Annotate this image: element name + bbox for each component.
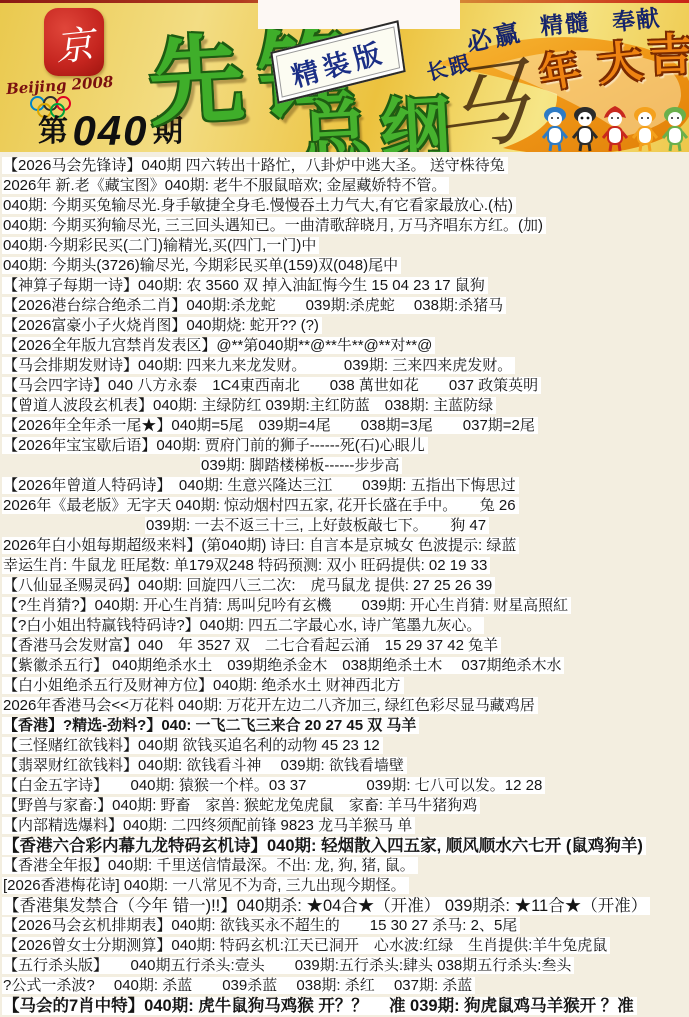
text-line-content: 【白金五字诗】 040期: 猿猴一个样。03 37 039期: 七八可以发。12… xyxy=(2,777,545,794)
text-line-content: 【2026马会先锋诗】040期 四六转出十路忙，八卦炉中逃大圣。 送守株待兔 xyxy=(2,157,508,174)
text-line-content: 【香港全年报】040期: 千里送信情最深。不出: 龙, 狗, 猪, 鼠。 xyxy=(2,857,418,874)
text-line-12: 【马会四字诗】040 八方永泰 1C4東西南北 038 萬世如花 037 政策英… xyxy=(0,376,689,396)
text-line-10: 【2026全年版九宫禁肖发表区】@**第040期**@**牛**@**对**@ xyxy=(0,336,689,356)
text-line-content: 【2026港台综合绝杀二肖】040期:杀龙蛇 039期:杀虎蛇 038期:杀猪马 xyxy=(2,297,506,314)
greeting-char-2: 大 xyxy=(596,40,644,88)
text-line-35: 【香港六合彩内幕九龙特码玄机诗】040期: 轻烟散入四五家, 顺风顺水六七开 (… xyxy=(0,836,689,856)
text-line-content: 【香港六合彩内幕九龙特码玄机诗】040期: 轻烟散入四五家, 顺风顺水六七开 (… xyxy=(2,837,646,855)
text-line-22: 【八仙显圣赐灵码】040期: 回旋四八三二次: 虎马鼠龙 提供: 27 25 2… xyxy=(0,576,689,596)
text-line-content: 【香港马会发财富】040 年 3527 双 二七合看起云涌 15 29 37 4… xyxy=(2,637,501,654)
text-line-content: ?公式一杀波? 040期: 杀蓝 039杀蓝 038期: 杀红 037期: 杀蓝 xyxy=(2,977,475,994)
text-line-content: 【五行杀头版】 040期五行杀头:壹头 039期:五行杀头:肆头 038期五行杀… xyxy=(2,957,574,974)
calligraphy-zodiac-char: 马 xyxy=(435,55,529,152)
text-line-21: 幸运生肖: 牛鼠龙 旺尾数: 单179双248 特码预测: 双小 旺码提供: 0… xyxy=(0,556,689,576)
text-line-content: 【内部精选爆料】040期: 二四终须配前锋 9823 龙马羊猴马 单 xyxy=(2,817,415,834)
text-line-content: 【香港】?精选-劲料?】040: 一飞二飞三来合 20 27 45 双 马羊 xyxy=(2,717,419,734)
text-line-40: 【2026曾女士分期测算】040期: 特码玄机:江天已洞开 心水波:红绿 生肖提… xyxy=(0,936,689,956)
greeting-char-3: 吉 xyxy=(647,33,689,79)
text-line-24: 【?白小姐出特赢钱特码诗?】040期: 四五二字最心水, 诗广笔墨九灰心。 xyxy=(0,616,689,636)
text-line-content: 039期: 一去不返三十三, 上好鼓板敲七下。 狗 47 xyxy=(145,517,489,534)
text-line-content: 【?白小姐出特赢钱特码诗?】040期: 四五二字最心水, 诗广笔墨九灰心。 xyxy=(2,617,484,634)
text-line-content: 【野兽与家畜:】040期: 野畜 家兽: 猴蛇龙兔虎鼠 家畜: 羊马牛猪狗鸡 xyxy=(2,797,480,814)
text-line-29: 【香港】?精选-劲料?】040: 一飞二飞三来合 20 27 45 双 马羊 xyxy=(0,716,689,736)
text-line-25: 【香港马会发财富】040 年 3527 双 二七合看起云涌 15 29 37 4… xyxy=(0,636,689,656)
text-line-16: 039期: 脚踏楼梯板------步步高 xyxy=(0,456,689,476)
text-line-content: 040期: 今期头(3726)输尽光, 今期彩民买单(159)双(048)尾中 xyxy=(2,257,401,274)
text-line-content: 【2026马会玄机排期表】040期: 欲钱买永不超生的 15 30 27 杀马:… xyxy=(2,917,520,934)
text-line-28: 2026年香港马会<<万花料 040期: 万花开左边二八齐加三, 绿红色彩尽显马… xyxy=(0,696,689,716)
text-line-content: 【?生肖猜?】040期: 开心生肖猜: 馬叫兒吟有玄機 039期: 开心生肖猜:… xyxy=(2,597,571,614)
text-line-content: 【三怪赌红欲钱料】040期 欲钱买追名利的动物 45 23 12 xyxy=(2,737,383,754)
text-line-36: 【香港全年报】040期: 千里送信情最深。不出: 龙, 狗, 猪, 鼠。 xyxy=(0,856,689,876)
text-line-11: 【马会排期发财诗】040期: 四来九来龙发财。 039期: 三来四来虎发财。 xyxy=(0,356,689,376)
text-line-39: 【2026马会玄机排期表】040期: 欲钱买永不超生的 15 30 27 杀马:… xyxy=(0,916,689,936)
beijing-2008-emblem-icon: 京 xyxy=(44,8,104,76)
fuwa-mascot-blue-icon xyxy=(542,106,568,152)
beijing-2008-label: Beijing 2008 xyxy=(6,72,127,98)
text-line-content: 【马会四字诗】040 八方永泰 1C4東西南北 038 萬世如花 037 政策英… xyxy=(2,377,541,394)
text-line-30: 【三怪赌红欲钱料】040期 欲钱买追名利的动物 45 23 12 xyxy=(0,736,689,756)
text-line-15: 【2026年宝宝歇后语】040期: 贾府门前的狮子------死(石)心眼儿 xyxy=(0,436,689,456)
text-line-3: 040期: 今期买兔输尽光.身手敏捷全身毛.慢慢吞土力气大,有它看家最放心.(枯… xyxy=(0,196,689,216)
blank-patch xyxy=(258,0,460,29)
text-line-content: 2026年香港马会<<万花料 040期: 万花开左边二八齐加三, 绿红色彩尽显马… xyxy=(2,697,538,714)
text-line-14: 【2026年全年杀一尾★】040期=5尾 039期=4尾 038期=3尾 037… xyxy=(0,416,689,436)
text-line-content: 040期: 今期买兔输尽光.身手敏捷全身毛.慢慢吞土力气大,有它看家最放心.(枯… xyxy=(2,197,516,214)
text-line-content: 【曾道人波段玄机表】040期: 主绿防红 039期:主红防蓝 038期: 主蓝防… xyxy=(2,397,496,414)
text-line-17: 【2026年曾道人特码诗】 040期: 生意兴隆达三江 039期: 五指出下悔思… xyxy=(0,476,689,496)
text-line-38: 【香港集发禁合（今年 错一)!!】040期杀: ★04合★（开准） 039期杀:… xyxy=(0,896,689,916)
text-line-content: 【2026年曾道人特码诗】 040期: 生意兴隆达三江 039期: 五指出下悔思… xyxy=(2,477,519,494)
text-line-content: 2026年白小姐每期超级来料】(第040期) 诗曰: 自言本是京城女 色波提示:… xyxy=(2,537,519,554)
text-line-20: 2026年白小姐每期超级来料】(第040期) 诗曰: 自言本是京城女 色波提示:… xyxy=(0,536,689,556)
text-line-2: 2026年 新.老《藏宝图》040期: 老牛不服鼠暗欢; 金屋藏娇特不管。 xyxy=(0,176,689,196)
text-line-content: 040期·今期彩民买(二门)输精光,买(四门,一门)中 xyxy=(2,237,319,254)
greeting-char-1: 年 xyxy=(537,49,583,95)
text-line-content: 【香港集发禁合（今年 错一)!!】040期杀: ★04合★（开准） 039期杀:… xyxy=(2,897,650,915)
fuwa-mascot-green-icon xyxy=(662,106,688,152)
text-line-18: 2026年《最老版》无字天 040期: 惊动烟村四五家, 花开长盛在手中。 兔 … xyxy=(0,496,689,516)
text-line-7: 【神算子每期一诗】040期: 农 3560 双 掉入油缸悔今生 15 04 23… xyxy=(0,276,689,296)
text-line-42: ?公式一杀波? 040期: 杀蓝 039杀蓝 038期: 杀红 037期: 杀蓝 xyxy=(0,976,689,996)
text-line-content: 【紫徽杀五行】 040期绝杀水土 039期绝杀金木 038期绝杀土木 037期绝… xyxy=(2,657,564,674)
text-line-33: 【野兽与家畜:】040期: 野畜 家兽: 猴蛇龙兔虎鼠 家畜: 羊马牛猪狗鸡 xyxy=(0,796,689,816)
emblem-dancing-figure: 京 xyxy=(52,13,96,72)
text-line-43: 【马会的7肖中特】040期: 虎牛鼠狗马鸡猴 开？？ 准 039期: 狗虎鼠鸡马… xyxy=(0,996,689,1016)
text-line-19: 039期: 一去不返三十三, 上好鼓板敲七下。 狗 47 xyxy=(0,516,689,536)
text-line-9: 【2026富豪小子火烧肖图】040期烧: 蛇开?? (?) xyxy=(0,316,689,336)
text-line-content: 040期: 今期买狗输尽光, 三三回头遇知已。一曲清歌辞晓月, 万马齐唱东方红。… xyxy=(2,217,546,234)
text-line-4: 040期: 今期买狗输尽光, 三三回头遇知已。一曲清歌辞晓月, 万马齐唱东方红。… xyxy=(0,216,689,236)
text-line-content: 2026年《最老版》无字天 040期: 惊动烟村四五家, 花开长盛在手中。 兔 … xyxy=(2,497,519,514)
fuwa-mascots-row xyxy=(542,106,688,152)
text-line-34: 【内部精选爆料】040期: 二四终须配前锋 9823 龙马羊猴马 单 xyxy=(0,816,689,836)
slogan-essence: 精髓 xyxy=(538,3,591,41)
text-line-26: 【紫徽杀五行】 040期绝杀水土 039期绝杀金木 038期绝杀土木 037期绝… xyxy=(0,656,689,676)
text-line-5: 040期·今期彩民买(二门)输精光,买(四门,一门)中 xyxy=(0,236,689,256)
text-line-27: 【白小姐绝杀五行及财神方位】040期: 绝杀水土 财神西北方 xyxy=(0,676,689,696)
text-line-content: 【2026年宝宝歇后语】040期: 贾府门前的狮子------死(石)心眼儿 xyxy=(2,437,428,454)
text-line-content: 幸运生肖: 牛鼠龙 旺尾数: 单179双248 特码预测: 双小 旺码提供: 0… xyxy=(2,557,490,574)
fuwa-mascot-panda-icon xyxy=(572,106,598,152)
tips-text-body: 【2026马会先锋诗】040期 四六转出十路忙，八卦炉中逃大圣。 送守株待兔20… xyxy=(0,152,689,1017)
issue-number: 040 xyxy=(72,107,148,152)
text-line-content: 2026年 新.老《藏宝图》040期: 老牛不服鼠暗欢; 金屋藏娇特不管。 xyxy=(2,177,449,194)
text-line-32: 【白金五字诗】 040期: 猿猴一个样。03 37 039期: 七八可以发。12… xyxy=(0,776,689,796)
text-line-content: 【2026曾女士分期测算】040期: 特码玄机:江天已洞开 心水波:红绿 生肖提… xyxy=(2,937,610,954)
text-line-37: [2026香港梅花诗] 040期: 一八常见不为奇, 三九出现今期怪。 xyxy=(0,876,689,896)
fuwa-mascot-orange-icon xyxy=(632,106,658,152)
text-line-content: 【白小姐绝杀五行及财神方位】040期: 绝杀水土 财神西北方 xyxy=(2,677,404,694)
issue-prefix: 第 xyxy=(38,114,68,149)
text-line-1: 【2026马会先锋诗】040期 四六转出十路忙，八卦炉中逃大圣。 送守株待兔 xyxy=(0,156,689,176)
text-line-content: 【2026全年版九宫禁肖发表区】@**第040期**@**牛**@**对**@ xyxy=(2,337,435,354)
text-line-content: 【神算子每期一诗】040期: 农 3560 双 掉入油缸悔今生 15 04 23… xyxy=(2,277,488,294)
text-line-content: 【马会的7肖中特】040期: 虎牛鼠狗马鸡猴 开？？ 准 039期: 狗虎鼠鸡马… xyxy=(2,997,637,1015)
lottery-tip-sheet: 京 Beijing 2008 第 040 期 先锋 总纲 精装版 xyxy=(0,0,689,1017)
text-line-41: 【五行杀头版】 040期五行杀头:壹头 039期:五行杀头:肆头 038期五行杀… xyxy=(0,956,689,976)
fuwa-mascot-flame-icon xyxy=(602,106,628,152)
text-line-content: 【2026年全年杀一尾★】040期=5尾 039期=4尾 038期=3尾 037… xyxy=(2,417,538,434)
text-line-8: 【2026港台综合绝杀二肖】040期:杀龙蛇 039期:杀虎蛇 038期:杀猪马 xyxy=(0,296,689,316)
text-line-31: 【翡翠财红欲钱料】040期: 欲钱看斗神 039期: 欲钱看墙壁 xyxy=(0,756,689,776)
text-line-content: 【马会排期发财诗】040期: 四来九来龙发财。 039期: 三来四来虎发财。 xyxy=(2,357,515,374)
text-line-content: 【八仙显圣赐灵码】040期: 回旋四八三二次: 虎马鼠龙 提供: 27 25 2… xyxy=(2,577,495,594)
header-banner: 京 Beijing 2008 第 040 期 先锋 总纲 精装版 xyxy=(0,0,689,152)
text-line-content: [2026香港梅花诗] 040期: 一八常见不为奇, 三九出现今期怪。 xyxy=(2,877,409,894)
text-line-content: 039期: 脚踏楼梯板------步步高 xyxy=(200,457,402,474)
text-line-13: 【曾道人波段玄机表】040期: 主绿防红 039期:主红防蓝 038期: 主蓝防… xyxy=(0,396,689,416)
text-line-content: 【翡翠财红欲钱料】040期: 欲钱看斗神 039期: 欲钱看墙壁 xyxy=(2,757,407,774)
text-line-23: 【?生肖猜?】040期: 开心生肖猜: 馬叫兒吟有玄機 039期: 开心生肖猜:… xyxy=(0,596,689,616)
text-line-6: 040期: 今期头(3726)输尽光, 今期彩民买单(159)双(048)尾中 xyxy=(0,256,689,276)
text-line-content: 【2026富豪小子火烧肖图】040期烧: 蛇开?? (?) xyxy=(2,317,322,334)
